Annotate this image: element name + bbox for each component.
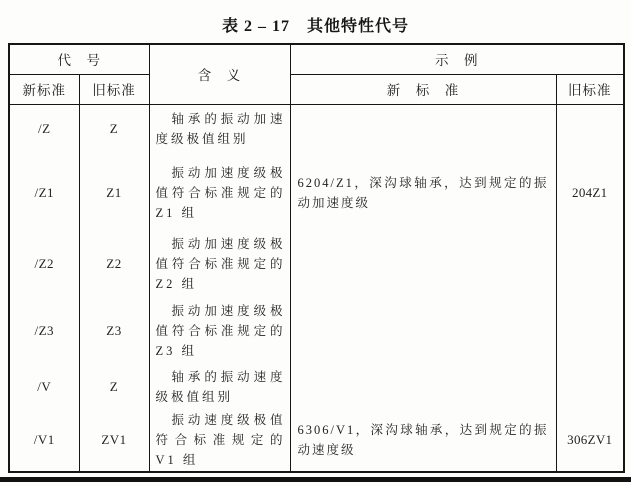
- characteristics-code-table: 代 号 含 义 示 例 新标准 旧标准 新 标 准 旧标准 /Z Z 轴承的振动…: [8, 43, 625, 473]
- code-new-value: /V1: [9, 409, 79, 472]
- example-old-value: 204Z1: [556, 154, 624, 231]
- table-row: /Z3 Z3 振动加速度级极值符合标准规定的 Z3 组: [9, 297, 624, 364]
- meaning-value: 振动加速度级极值符合标准规定的 Z2 组: [149, 231, 290, 297]
- table-body: /Z Z 轴承的振动加速度级极值组别 /Z1 Z1 振动加速度级极值符合标准规定…: [9, 104, 624, 472]
- code-old-value: Z: [79, 364, 149, 409]
- table-header-row-2: 新标准 旧标准 新 标 准 旧标准: [9, 74, 624, 104]
- example-old-value: [556, 297, 624, 364]
- code-old-value: Z2: [79, 231, 149, 297]
- table-header: 代 号 含 义 示 例 新标准 旧标准 新 标 准 旧标准: [9, 44, 624, 104]
- example-new-value: 6204/Z1，深沟球轴承，达到规定的振动加速度级: [290, 154, 556, 231]
- example-old-value: [556, 231, 624, 297]
- table-row: /Z1 Z1 振动加速度级极值符合标准规定的 Z1 组 6204/Z1，深沟球轴…: [9, 154, 624, 231]
- header-code-group: 代 号: [9, 44, 149, 74]
- example-old-value: [556, 364, 624, 409]
- example-new-value: 6306/V1，深沟球轴承，达到规定的振动速度级: [290, 409, 556, 472]
- meaning-value: 振动加速度级极值符合标准规定的 Z3 组: [149, 297, 290, 364]
- code-old-value: Z1: [79, 154, 149, 231]
- meaning-value: 振动速度级极值符合标准规定的 V1 组: [149, 409, 290, 472]
- header-code-new: 新标准: [9, 74, 79, 104]
- example-new-value: [290, 364, 556, 409]
- example-new-value: [290, 297, 556, 364]
- page-title: 表 2 – 17 其他特性代号: [0, 13, 631, 36]
- example-new-value: [290, 104, 556, 154]
- meaning-value: 轴承的振动速度级极值组别: [149, 364, 290, 409]
- table-row: /Z Z 轴承的振动加速度级极值组别: [9, 104, 624, 154]
- document-page: 表 2 – 17 其他特性代号 代 号 含 义 示 例 新标准 旧标准 新 标 …: [0, 0, 631, 486]
- header-meaning: 含 义: [149, 44, 290, 104]
- example-old-value: [556, 104, 624, 154]
- code-new-value: /Z: [9, 104, 79, 154]
- table-header-row-1: 代 号 含 义 示 例: [9, 44, 624, 74]
- table-row: /V Z 轴承的振动速度级极值组别: [9, 364, 624, 409]
- code-new-value: /Z2: [9, 231, 79, 297]
- code-new-value: /Z1: [9, 154, 79, 231]
- code-new-value: /Z3: [9, 297, 79, 364]
- header-example-new: 新 标 准: [290, 74, 556, 104]
- header-example-old: 旧标准: [556, 74, 624, 104]
- table-row: /V1 ZV1 振动速度级极值符合标准规定的 V1 组 6306/V1，深沟球轴…: [9, 409, 624, 472]
- code-old-value: Z3: [79, 297, 149, 364]
- header-example-group: 示 例: [290, 44, 624, 74]
- code-old-value: ZV1: [79, 409, 149, 472]
- header-code-old: 旧标准: [79, 74, 149, 104]
- meaning-value: 轴承的振动加速度级极值组别: [149, 104, 290, 154]
- meaning-value: 振动加速度级极值符合标准规定的 Z1 组: [149, 154, 290, 231]
- code-old-value: Z: [79, 104, 149, 154]
- page-bottom-rule: [0, 477, 631, 482]
- example-new-value: [290, 231, 556, 297]
- table-row: /Z2 Z2 振动加速度级极值符合标准规定的 Z2 组: [9, 231, 624, 297]
- example-old-value: 306ZV1: [556, 409, 624, 472]
- code-new-value: /V: [9, 364, 79, 409]
